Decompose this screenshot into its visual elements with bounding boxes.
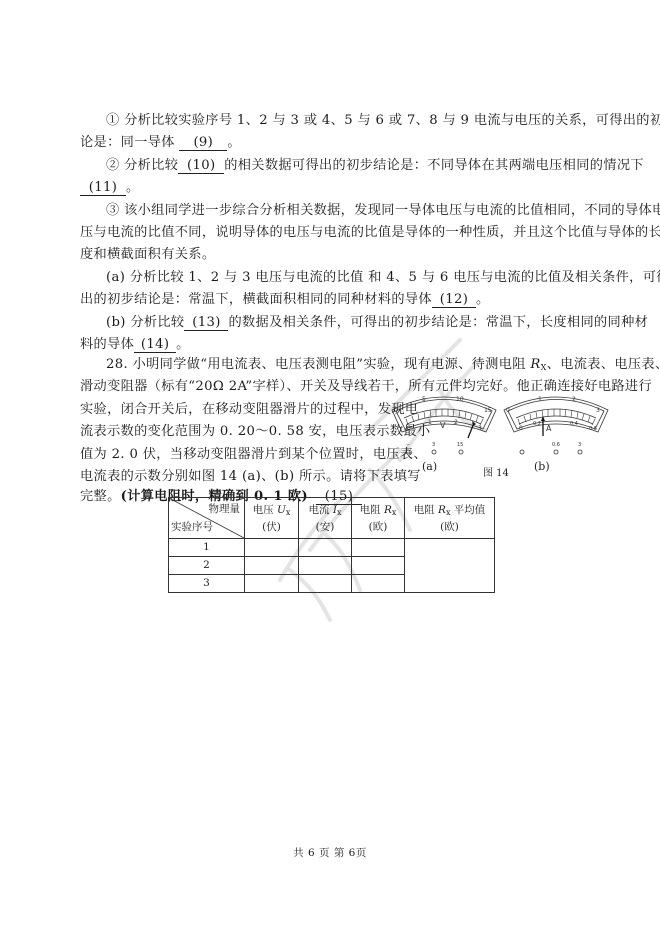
item-1-suffix: 。 [227, 135, 241, 150]
item-b-prefix: (b) 分析比较 [80, 315, 184, 330]
svg-text:2: 2 [572, 396, 576, 403]
item-a-text: (a) 分析比较 1、2 与 3 电压与电流的比值 和 4、5 与 6 电压与电… [80, 270, 660, 285]
svg-text:15: 15 [484, 407, 492, 414]
resistance-cell[interactable] [352, 557, 405, 575]
svg-text:3: 3 [478, 425, 482, 432]
col-label-after: 平均值 [450, 504, 485, 516]
svg-text:2: 2 [454, 419, 458, 426]
col-header-avg-resistance: 电阻 Rx 平均值 (欧) [405, 498, 495, 539]
resistance-cell[interactable] [352, 575, 405, 593]
answer-blank-9[interactable]: (9) [179, 135, 227, 151]
col-unit: (欧) [369, 521, 388, 533]
item-1-line-2: 论是：同一导体 (9)。 [80, 134, 580, 152]
svg-text:15: 15 [457, 442, 463, 448]
item-a-suffix: 。 [476, 292, 490, 307]
voltage-cell[interactable] [245, 557, 299, 575]
svg-text:0: 0 [394, 407, 398, 414]
q28-text-5: 值为 2. 0 伏，当移动变阻器滑片到某个位置时，电压表、 [80, 447, 427, 462]
col-label: 电阻 [414, 504, 438, 516]
svg-text:0.2: 0.2 [533, 421, 541, 427]
item-3-text-2: 压与电流的比值不同，说明导体的电压与电流的比值是导体的一种性质，并且这个比值与导… [80, 225, 660, 240]
svg-text:0: 0 [506, 407, 510, 414]
item-3-text-1: ③ 该小组同学进一步综合分析相关数据，发现同一导体电压与电流的比值相同，不同的导… [80, 203, 660, 218]
svg-text:0.6: 0.6 [552, 442, 560, 448]
col-label: 电阻 [360, 504, 384, 516]
col-sub: x [337, 508, 342, 517]
svg-text:3: 3 [432, 442, 435, 448]
item-a-prefix: 出的初步结论是：常温下，横截面积相同的同种材料的导体 [80, 292, 432, 307]
measurement-table: 物理量 实验序号 电压 Ux (伏) 电流 Ix (安) 电阻 Rx (欧) 电… [168, 497, 495, 593]
meter-b-label: (b) [534, 461, 550, 473]
avg-resistance-cell[interactable] [405, 539, 495, 593]
item-2-line-1: ② 分析比较(10)的相关数据可得出的初步结论是：不同导体在其两端电压相同的情况… [80, 157, 580, 175]
item-2-suffix: 。 [126, 180, 140, 195]
item-a-line-1: (a) 分析比较 1、2 与 3 电压与电流的比值 和 4、5 与 6 电压与电… [80, 269, 580, 287]
figure-caption: 图 14 [483, 468, 509, 480]
voltmeter-icon: 051015 0123 V −315 [388, 388, 500, 463]
svg-text:V: V [440, 421, 446, 430]
item-b-mid: 的数据及相关条件，可得出的初步结论是：常温下，长度相同的同种材 [228, 315, 648, 330]
svg-text:0: 0 [407, 425, 411, 432]
q28-var-r: R [530, 357, 540, 372]
item-a-line-2: 出的初步结论是：常温下，横截面积相同的同种材料的导体(12)。 [80, 291, 580, 309]
col-label: 电压 [253, 504, 277, 516]
svg-text:5: 5 [422, 396, 426, 403]
trial-number: 2 [169, 557, 245, 575]
item-2-prefix: ② 分析比较 [80, 158, 178, 173]
corner-label-quantity: 物理量 [209, 502, 241, 516]
current-cell[interactable] [299, 557, 352, 575]
col-sub: x [392, 508, 397, 517]
meter-a-label: (a) [422, 461, 437, 473]
current-cell[interactable] [299, 575, 352, 593]
svg-text:3: 3 [578, 442, 581, 448]
svg-text:0: 0 [519, 425, 523, 432]
answer-blank-14[interactable]: (14) [134, 337, 176, 353]
table-header-row: 物理量 实验序号 电压 Ux (伏) 电流 Ix (安) 电阻 Rx (欧) 电… [169, 498, 495, 539]
item-b-suffix: 。 [176, 337, 190, 352]
item-b-line-1: (b) 分析比较(13)的数据及相关条件，可得出的初步结论是：常温下，长度相同的… [80, 314, 580, 332]
answer-blank-12[interactable]: (12) [432, 292, 476, 308]
figure-14: 051015 0123 V −315 (a) [388, 388, 618, 483]
svg-text:0.6: 0.6 [589, 426, 597, 432]
item-2-line-2: (11)。 [80, 179, 580, 197]
item-1-prefix: 论是：同一导体 [80, 135, 179, 150]
col-var: R [384, 504, 392, 516]
ammeter-icon: 0123 00.20.40.6 A 0.63 [500, 388, 612, 463]
col-label: 电流 [308, 504, 332, 516]
answer-blank-13[interactable]: (13) [184, 315, 228, 331]
col-header-resistance: 电阻 Rx (欧) [352, 498, 405, 539]
voltage-cell[interactable] [245, 575, 299, 593]
item-b-prefix-2: 料的导体 [80, 337, 134, 352]
answer-blank-10[interactable]: (10) [178, 158, 224, 174]
trial-number: 1 [169, 539, 245, 557]
table-row: 1 [169, 539, 495, 557]
q28-text-1b: 、电流表、电压表、 [547, 357, 660, 372]
item-3-line-1: ③ 该小组同学进一步综合分析相关数据，发现同一导体电压与电流的比值相同，不同的导… [80, 202, 580, 220]
corner-label-trial: 实验序号 [171, 520, 213, 534]
svg-text:1: 1 [428, 419, 432, 426]
resistance-cell[interactable] [352, 539, 405, 557]
item-3-line-2: 压与电流的比值不同，说明导体的电压与电流的比值是导体的一种性质，并且这个比值与导… [80, 224, 580, 242]
table-corner-cell: 物理量 实验序号 [169, 498, 245, 539]
item-b-line-2: 料的导体(14)。 [80, 336, 580, 354]
page-footer: 共 6 页 第 6页 [0, 845, 660, 860]
col-header-voltage: 电压 Ux (伏) [245, 498, 299, 539]
col-var: R [438, 504, 446, 516]
current-cell[interactable] [299, 539, 352, 557]
exam-page: ① 分析比较实验序号 1、2 与 3 或 4、5 与 6 或 7、8 与 9 电… [0, 0, 660, 933]
item-1-text: ① 分析比较实验序号 1、2 与 3 或 4、5 与 6 或 7、8 与 9 电… [80, 113, 660, 128]
col-header-current: 电流 Ix (安) [299, 498, 352, 539]
svg-text:3: 3 [596, 407, 600, 414]
answer-blank-11[interactable]: (11) [80, 180, 126, 196]
col-unit: (伏) [262, 521, 281, 533]
q28-text-6: 电流表的示数分别如图 14 (a)、(b) 所示。请将下表填写 [80, 469, 421, 484]
q28-text-1a: 28. 小明同学做“用电流表、电压表测电阻”实验，现有电源、待测电阻 [80, 357, 530, 372]
col-var: U [277, 504, 286, 516]
col-unit: (安) [316, 521, 335, 533]
item-3-text-3: 度和横截面积有关系。 [80, 247, 215, 262]
svg-text:0.4: 0.4 [570, 421, 578, 427]
trial-number: 3 [169, 575, 245, 593]
q28-text-3: 实验，闭合开关后，在移动变阻器滑片的过程中，发现电 [80, 402, 418, 417]
svg-text:10: 10 [456, 396, 464, 403]
svg-text:1: 1 [538, 396, 542, 403]
col-unit: (欧) [440, 521, 459, 533]
col-sub: x [286, 508, 291, 517]
q28-line-1-text: 28. 小明同学做“用电流表、电压表测电阻”实验，现有电源、待测电阻 RX、电流… [80, 356, 580, 377]
svg-text:−: − [406, 442, 410, 448]
item-3-line-3: 度和横截面积有关系。 [80, 246, 580, 264]
q28-text-7a: 完整。 [80, 489, 121, 504]
item-1-line-1: ① 分析比较实验序号 1、2 与 3 或 4、5 与 6 或 7、8 与 9 电… [80, 112, 580, 130]
item-2-mid: 的相关数据可得出的初步结论是：不同导体在其两端电压相同的情况下 [224, 158, 644, 173]
voltage-cell[interactable] [245, 539, 299, 557]
svg-text:A: A [546, 424, 552, 433]
q28-text-4: 流表示数的变化范围为 0. 20～0. 58 安，电压表示数最小 [80, 424, 430, 439]
